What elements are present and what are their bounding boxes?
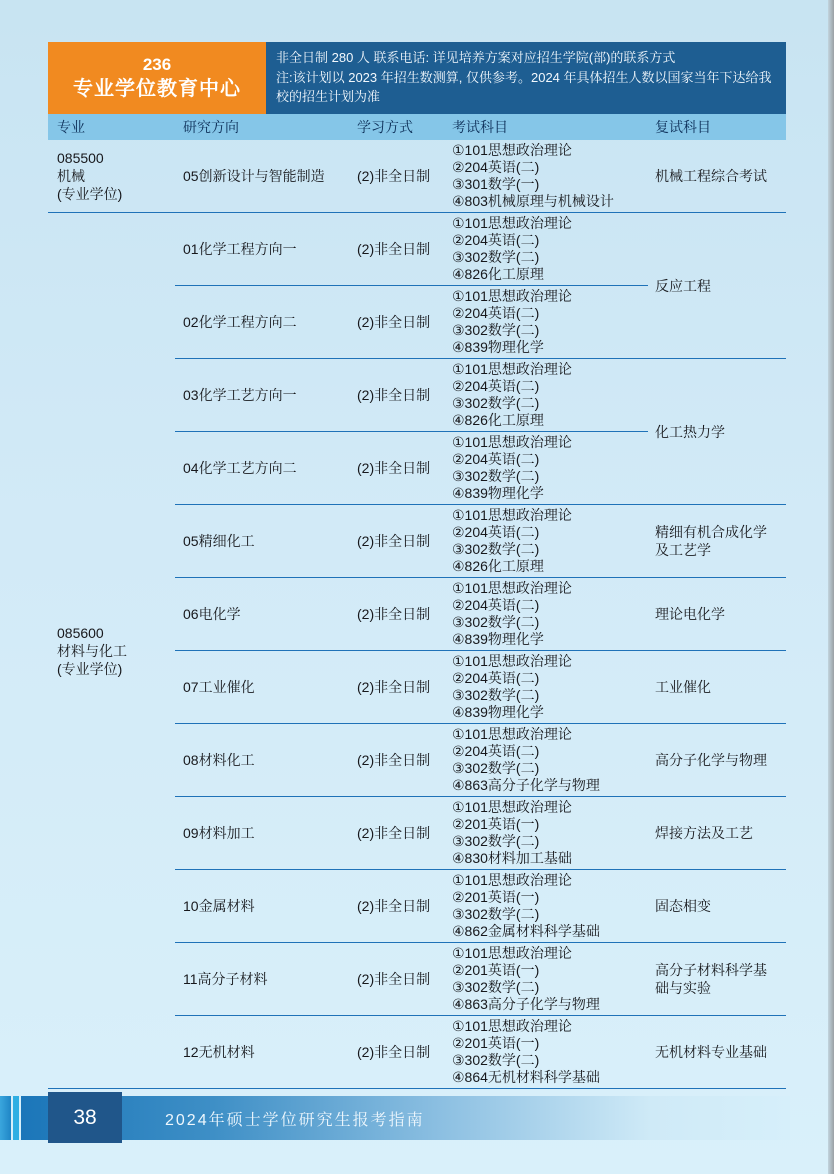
enrollment-info-line2: 注:该计划以 2023 年招生数测算, 仅供参考。2024 年具体招生人数以国家… (276, 68, 776, 107)
exam-subject-line: ③302数学(二) (452, 614, 648, 631)
major-name: 机械 (57, 167, 175, 185)
exam-subject-line: ①101思想政治理论 (452, 142, 648, 159)
exam-subject-line: ①101思想政治理论 (452, 726, 648, 743)
study-mode-cell: (2)非全日制 (348, 578, 444, 651)
center-title-block: 236 专业学位教育中心 (48, 42, 266, 114)
study-mode-cell: (2)非全日制 (348, 505, 444, 578)
exam-subjects-cell: ①101思想政治理论②204英语(二)③302数学(二)④839物理化学 (444, 651, 648, 724)
retest-subject-cell: 高分子材料科学基础与实验 (648, 943, 786, 1016)
exam-subject-line: ②204英语(二) (452, 524, 648, 541)
exam-subject-line: ①101思想政治理论 (452, 872, 648, 889)
exam-subject-line: ④826化工原理 (452, 266, 648, 283)
column-header-retest-subjects: 复试科目 (648, 114, 786, 140)
retest-subject-cell: 高分子化学与物理 (648, 724, 786, 797)
exam-subject-line: ④863高分子化学与物理 (452, 996, 648, 1013)
direction-cell: 10金属材料 (175, 870, 348, 943)
direction-cell: 05精细化工 (175, 505, 348, 578)
exam-subject-line: ③301数学(一) (452, 176, 648, 193)
direction-cell: 04化学工艺方向二 (175, 432, 348, 505)
retest-subject-cell: 无机材料专业基础 (648, 1016, 786, 1089)
exam-subjects-cell: ①101思想政治理论②204英语(二)③302数学(二)④826化工原理 (444, 505, 648, 578)
retest-subject-cell: 化工热力学 (648, 359, 786, 505)
exam-subject-line: ①101思想政治理论 (452, 799, 648, 816)
exam-subject-line: ①101思想政治理论 (452, 434, 648, 451)
direction-cell: 07工业催化 (175, 651, 348, 724)
major-type: (专业学位) (57, 660, 175, 678)
study-mode-cell: (2)非全日制 (348, 213, 444, 286)
exam-subject-line: ①101思想政治理论 (452, 945, 648, 962)
exam-subject-line: ②201英语(一) (452, 1035, 648, 1052)
direction-cell: 01化学工程方向一 (175, 213, 348, 286)
exam-subject-line: ②204英语(二) (452, 743, 648, 760)
exam-subjects-cell: ①101思想政治理论②204英语(二)③302数学(二)④826化工原理 (444, 213, 648, 286)
center-code: 236 (143, 54, 171, 76)
enrollment-info-line1: 非全日制 280 人 联系电话: 详见培养方案对应招生学院(部)的联系方式 (276, 48, 776, 68)
exam-subjects-cell: ①101思想政治理论②201英语(一)③302数学(二)④863高分子化学与物理 (444, 943, 648, 1016)
exam-subject-line: ④839物理化学 (452, 339, 648, 356)
page-number-badge: 38 (48, 1092, 122, 1143)
direction-cell: 02化学工程方向二 (175, 286, 348, 359)
major-cell: 085500机械(专业学位) (48, 140, 175, 213)
exam-subjects-cell: ①101思想政治理论②204英语(二)③302数学(二)④839物理化学 (444, 286, 648, 359)
exam-subject-line: ②204英语(二) (452, 597, 648, 614)
table-row: 085600材料与化工(专业学位)01化学工程方向一(2)非全日制①101思想政… (48, 213, 786, 286)
retest-subject-cell: 工业催化 (648, 651, 786, 724)
exam-subject-line: ②201英语(一) (452, 889, 648, 906)
direction-cell: 06电化学 (175, 578, 348, 651)
exam-subject-line: ④864无机材料科学基础 (452, 1069, 648, 1086)
exam-subject-line: ③302数学(二) (452, 760, 648, 777)
direction-cell: 08材料化工 (175, 724, 348, 797)
exam-subject-line: ①101思想政治理论 (452, 361, 648, 378)
study-mode-cell: (2)非全日制 (348, 651, 444, 724)
exam-subjects-cell: ①101思想政治理论②204英语(二)③302数学(二)④839物理化学 (444, 578, 648, 651)
study-mode-cell: (2)非全日制 (348, 1016, 444, 1089)
exam-subjects-cell: ①101思想政治理论②204英语(二)③302数学(二)④863高分子化学与物理 (444, 724, 648, 797)
direction-cell: 12无机材料 (175, 1016, 348, 1089)
exam-subject-line: ③302数学(二) (452, 833, 648, 850)
direction-cell: 03化学工艺方向一 (175, 359, 348, 432)
retest-subject-cell: 固态相变 (648, 870, 786, 943)
exam-subject-line: ③302数学(二) (452, 687, 648, 704)
guide-title: 2024年硕士学位研究生报考指南 (165, 1096, 425, 1140)
column-header-direction: 研究方向 (175, 114, 348, 140)
exam-subject-line: ②204英语(二) (452, 232, 648, 249)
exam-subject-line: ③302数学(二) (452, 249, 648, 266)
center-name: 专业学位教育中心 (73, 76, 241, 102)
exam-subject-line: ③302数学(二) (452, 395, 648, 412)
study-mode-cell: (2)非全日制 (348, 359, 444, 432)
footer-accent-stripe (0, 1096, 11, 1140)
exam-subjects-cell: ①101思想政治理论②201英语(一)③302数学(二)④864无机材料科学基础 (444, 1016, 648, 1089)
table-header-row: 专业 研究方向 学习方式 考试科目 复试科目 (48, 114, 786, 140)
major-code: 085600 (57, 624, 175, 642)
exam-subject-line: ③302数学(二) (452, 322, 648, 339)
exam-subject-line: ④826化工原理 (452, 412, 648, 429)
exam-subject-line: ①101思想政治理论 (452, 653, 648, 670)
study-mode-cell: (2)非全日制 (348, 140, 444, 213)
exam-subject-line: ③302数学(二) (452, 979, 648, 996)
exam-subjects-cell: ①101思想政治理论②201英语(一)③302数学(二)④830材料加工基础 (444, 797, 648, 870)
column-header-exam-subjects: 考试科目 (444, 114, 648, 140)
exam-subject-line: ④863高分子化学与物理 (452, 777, 648, 794)
study-mode-cell: (2)非全日制 (348, 797, 444, 870)
page-number: 38 (73, 1106, 96, 1130)
exam-subjects-cell: ①101思想政治理论②204英语(二)③302数学(二)④826化工原理 (444, 359, 648, 432)
retest-subject-cell: 焊接方法及工艺 (648, 797, 786, 870)
exam-subject-line: ③302数学(二) (452, 1052, 648, 1069)
footer-accent-stripe (13, 1096, 19, 1140)
retest-subject-cell: 反应工程 (648, 213, 786, 359)
enrollment-info-block: 非全日制 280 人 联系电话: 详见培养方案对应招生学院(部)的联系方式 注:… (266, 42, 786, 114)
exam-subject-line: ③302数学(二) (452, 541, 648, 558)
exam-subject-line: ②204英语(二) (452, 378, 648, 395)
exam-subject-line: ④839物理化学 (452, 704, 648, 721)
study-mode-cell: (2)非全日制 (348, 286, 444, 359)
column-header-major: 专业 (48, 114, 175, 140)
major-type: (专业学位) (57, 185, 175, 203)
exam-subjects-cell: ①101思想政治理论②204英语(二)③301数学(一)④803机械原理与机械设… (444, 140, 648, 213)
study-mode-cell: (2)非全日制 (348, 870, 444, 943)
retest-subject-cell: 理论电化学 (648, 578, 786, 651)
major-name: 材料与化工 (57, 642, 175, 660)
exam-subject-line: ①101思想政治理论 (452, 580, 648, 597)
exam-subject-line: ②204英语(二) (452, 670, 648, 687)
direction-cell: 11高分子材料 (175, 943, 348, 1016)
direction-cell: 09材料加工 (175, 797, 348, 870)
major-code: 085500 (57, 149, 175, 167)
exam-subject-line: ④830材料加工基础 (452, 850, 648, 867)
exam-subjects-cell: ①101思想政治理论②201英语(一)③302数学(二)④862金属材料科学基础 (444, 870, 648, 943)
retest-subject-cell: 精细有机合成化学及工艺学 (648, 505, 786, 578)
header-banner: 236 专业学位教育中心 非全日制 280 人 联系电话: 详见培养方案对应招生… (48, 42, 786, 114)
table-row: 085500机械(专业学位)05创新设计与智能制造(2)非全日制①101思想政治… (48, 140, 786, 213)
exam-subject-line: ④803机械原理与机械设计 (452, 193, 648, 210)
exam-subject-line: ①101思想政治理论 (452, 507, 648, 524)
exam-subject-line: ②201英语(一) (452, 962, 648, 979)
exam-subject-line: ③302数学(二) (452, 906, 648, 923)
exam-subject-line: ①101思想政治理论 (452, 215, 648, 232)
exam-subject-line: ④839物理化学 (452, 631, 648, 648)
study-mode-cell: (2)非全日制 (348, 724, 444, 797)
exam-subject-line: ④826化工原理 (452, 558, 648, 575)
major-cell: 085600材料与化工(专业学位) (48, 213, 175, 1089)
exam-subject-line: ①101思想政治理论 (452, 288, 648, 305)
exam-subject-line: ①101思想政治理论 (452, 1018, 648, 1035)
exam-subject-line: ③302数学(二) (452, 468, 648, 485)
exam-subjects-cell: ①101思想政治理论②204英语(二)③302数学(二)④839物理化学 (444, 432, 648, 505)
direction-cell: 05创新设计与智能制造 (175, 140, 348, 213)
retest-subject-cell: 机械工程综合考试 (648, 140, 786, 213)
admissions-table-body: 085500机械(专业学位)05创新设计与智能制造(2)非全日制①101思想政治… (48, 140, 786, 1089)
study-mode-cell: (2)非全日制 (348, 432, 444, 505)
document-page: 236 专业学位教育中心 非全日制 280 人 联系电话: 详见培养方案对应招生… (0, 0, 834, 1174)
admissions-table: 专业 研究方向 学习方式 考试科目 复试科目 085500机械(专业学位)05创… (48, 114, 786, 1089)
page-edge-shadow (828, 0, 834, 1174)
exam-subject-line: ②204英语(二) (452, 451, 648, 468)
exam-subject-line: ④862金属材料科学基础 (452, 923, 648, 940)
study-mode-cell: (2)非全日制 (348, 943, 444, 1016)
column-header-study-mode: 学习方式 (348, 114, 444, 140)
exam-subject-line: ②204英语(二) (452, 159, 648, 176)
exam-subject-line: ②204英语(二) (452, 305, 648, 322)
exam-subject-line: ④839物理化学 (452, 485, 648, 502)
exam-subject-line: ②201英语(一) (452, 816, 648, 833)
